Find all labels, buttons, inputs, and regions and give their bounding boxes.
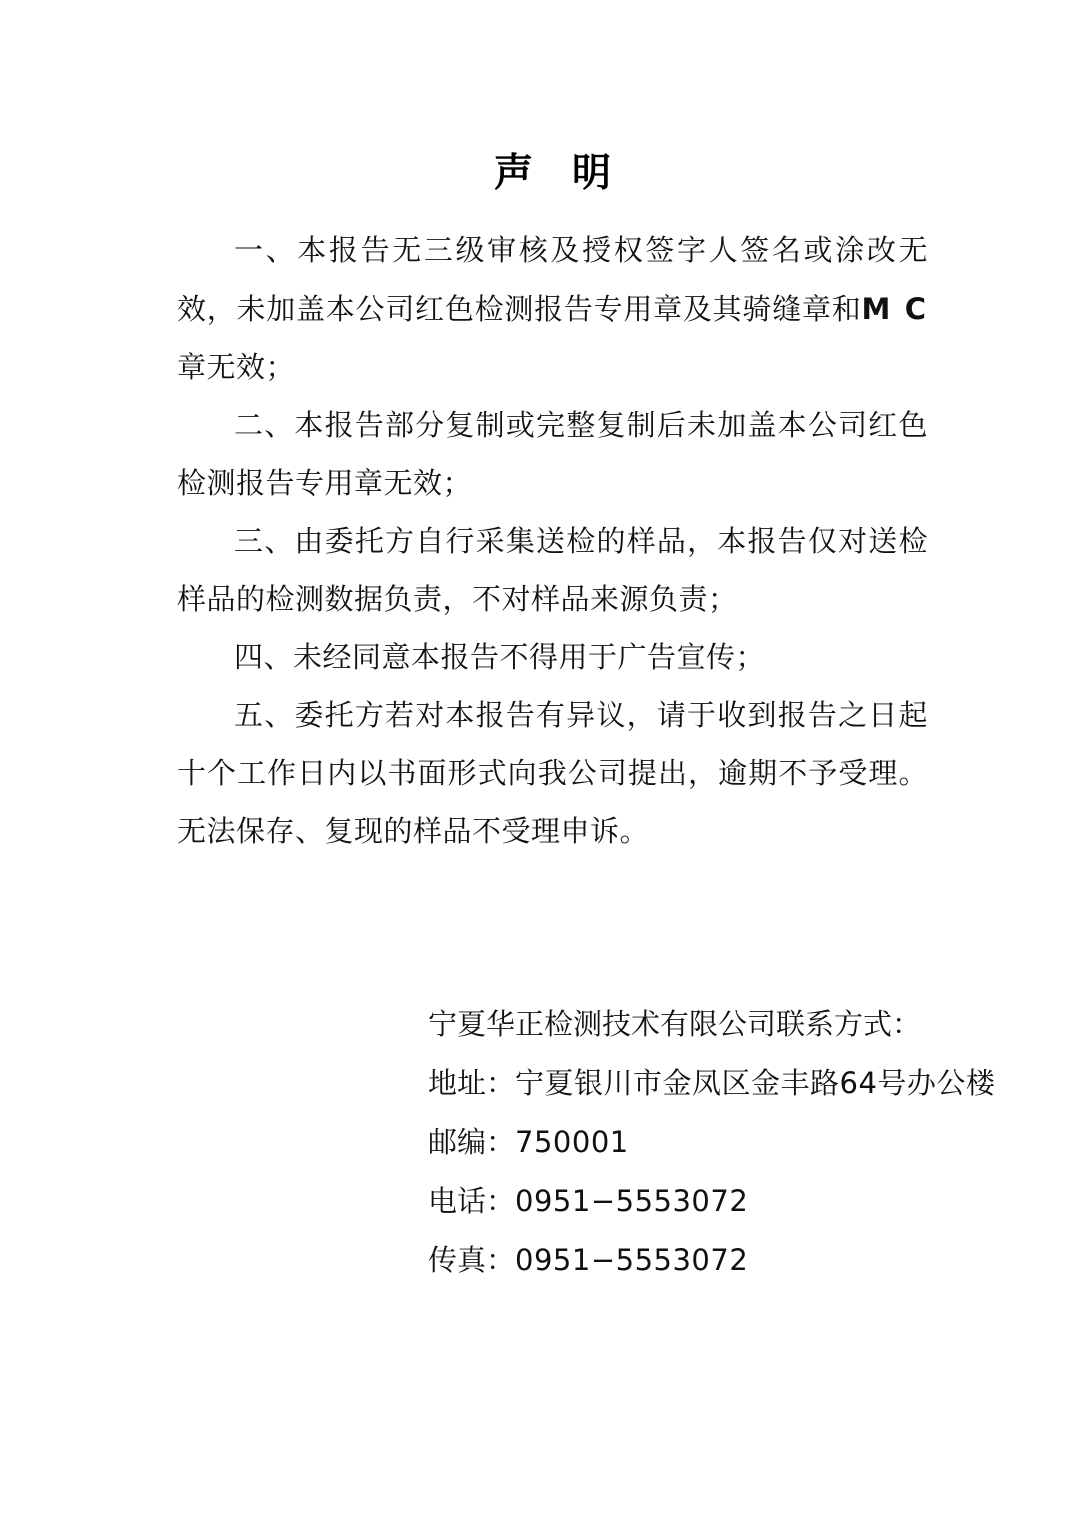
statement-item-1-text-after: 章无效； — [177, 352, 295, 384]
contact-phone-row: 电话：0951−5553072 — [428, 1172, 995, 1231]
contact-address-row: 地址：宁夏银川市金凤区金丰路64号办公楼 — [428, 1054, 995, 1113]
page-title: 声 明 — [177, 146, 928, 202]
statement-item-2: 二、本报告部分复制或完整复制后未加盖本公司红色检测报告专用章无效； — [177, 397, 928, 513]
contact-postcode-row: 邮编：750001 — [428, 1113, 995, 1172]
contact-phone-label: 电话： — [428, 1186, 515, 1218]
contact-fax-value: 0951−5553072 — [515, 1243, 748, 1277]
contact-fax-row: 传真：0951−5553072 — [428, 1231, 995, 1290]
statement-item-1-text: 一、本报告无三级审核及授权签字人签名或涂改无效，未加盖本公司红色检测报告专用章及… — [177, 235, 928, 326]
contact-address-value: 宁夏银川市金凤区金丰路64号办公楼 — [515, 1066, 995, 1100]
statement-section: 声 明 一、本报告无三级审核及授权签字人签名或涂改无效，未加盖本公司红色检测报告… — [177, 146, 928, 861]
statement-item-3: 三、由委托方自行采集送检的样品，本报告仅对送检样品的检测数据负责，不对样品来源负… — [177, 513, 928, 629]
contact-postcode-label: 邮编： — [428, 1127, 515, 1159]
contact-address-label: 地址： — [428, 1068, 515, 1100]
statement-item-1: 一、本报告无三级审核及授权签字人签名或涂改无效，未加盖本公司红色检测报告专用章及… — [177, 222, 928, 397]
contact-postcode-value: 750001 — [515, 1125, 629, 1159]
contact-heading: 宁夏华正检测技术有限公司联系方式： — [428, 996, 995, 1054]
contact-fax-label: 传真： — [428, 1245, 515, 1277]
statement-item-5: 五、委托方若对本报告有异议，请于收到报告之日起十个工作日内以书面形式向我公司提出… — [177, 687, 928, 861]
statement-item-4: 四、未经同意本报告不得用于广告宣传； — [177, 629, 928, 687]
contact-section: 宁夏华正检测技术有限公司联系方式： 地址：宁夏银川市金凤区金丰路64号办公楼 邮… — [428, 996, 995, 1290]
contact-phone-value: 0951−5553072 — [515, 1184, 748, 1218]
statement-document-page: 声 明 一、本报告无三级审核及授权签字人签名或涂改无效，未加盖本公司红色检测报告… — [0, 0, 1089, 1531]
statement-item-1-emphasis: M C — [861, 292, 928, 326]
